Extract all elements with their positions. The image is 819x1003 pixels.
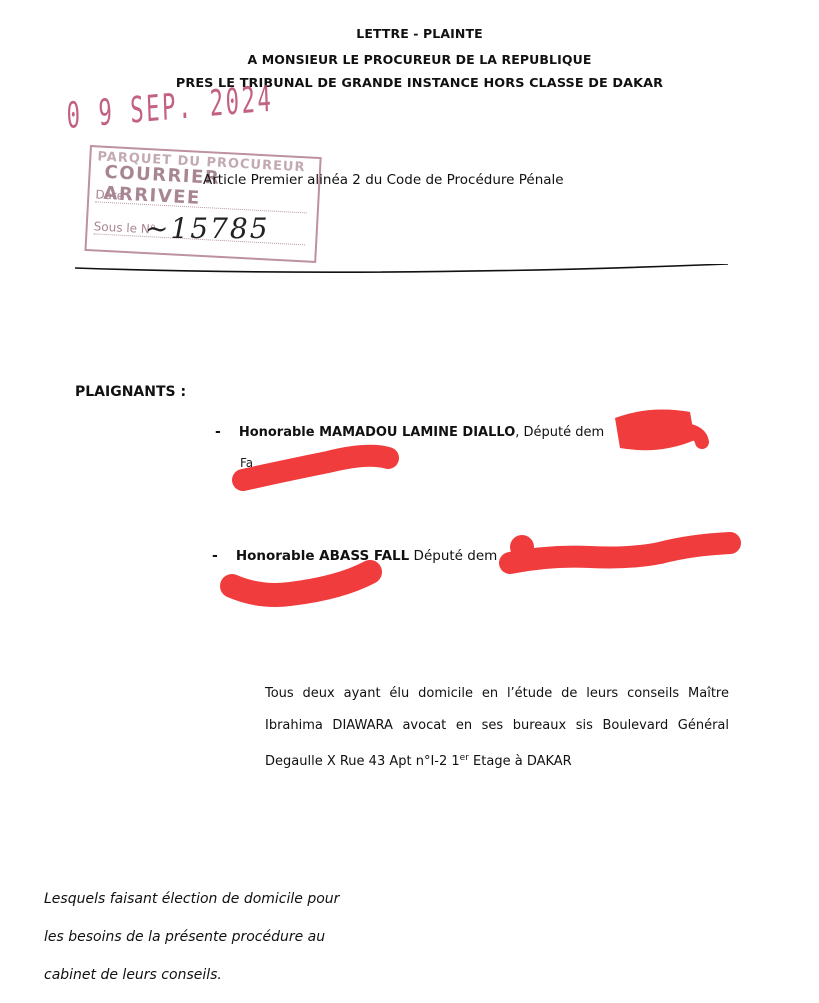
redaction-mark	[228, 440, 403, 495]
reception-stamp: PARQUET DU PROCUREUR COURRIER ARRIVEE Da…	[84, 145, 321, 263]
election-paragraph: Lesquels faisant élection de domicile po…	[44, 880, 339, 994]
paragraph-line: Degaulle X Rue 43 Apt n°I-2 1er Etage à …	[265, 742, 729, 774]
redaction-mark	[590, 400, 710, 460]
redaction-mark	[490, 525, 745, 585]
bullet-dash: -	[215, 424, 221, 440]
plaintiff-name: Honorable MAMADOU LAMINE DIALLO	[239, 425, 515, 440]
paragraph-line: cabinet de leurs conseils.	[44, 956, 339, 994]
plaintiff-item: -Honorable MAMADOU LAMINE DIALLO, Député…	[215, 424, 604, 440]
document-title: LETTRE - PLAINTE	[10, 26, 819, 41]
plaintiff-role: Député dem	[414, 548, 498, 564]
name-separator: ,	[515, 425, 519, 440]
legal-basis: Article Premier alinéa 2 du Code de Proc…	[203, 172, 564, 188]
separator-line	[75, 264, 728, 278]
domicile-paragraph: Tous deux ayant élu domicile en l’étude …	[265, 678, 729, 774]
paragraph-line: les besoins de la présente procédure au	[44, 918, 339, 956]
court-line: PRES LE TRIBUNAL DE GRANDE INSTANCE HORS…	[10, 76, 819, 91]
handwritten-registration-number: ~15785	[145, 212, 270, 245]
addressee-line: A MONSIEUR LE PROCUREUR DE LA REPUBLIQUE	[10, 52, 819, 67]
paragraph-line: Tous deux ayant élu domicile en l’étude …	[265, 678, 729, 710]
plaintiffs-label: PLAIGNANTS :	[75, 384, 186, 400]
redaction-mark	[210, 558, 395, 618]
paragraph-line: Ibrahima DIAWARA avocat en ses bureaux s…	[265, 710, 729, 742]
paragraph-line: Lesquels faisant élection de domicile po…	[44, 880, 339, 918]
